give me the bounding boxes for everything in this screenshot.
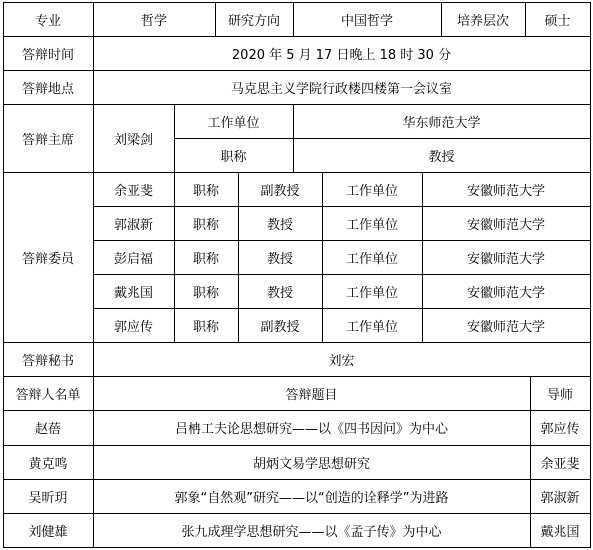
grid-line — [3, 2, 4, 548]
grid-line — [93, 2, 94, 548]
secretary-label: 答辩秘书 — [3, 342, 93, 376]
candidate-topic: 张九成理学思想研究——以《孟子传》为中心 — [93, 513, 530, 547]
member-unit-label: 工作单位 — [322, 240, 422, 274]
grid-line — [3, 104, 591, 105]
candidate-advisor: 郭应传 — [530, 410, 590, 445]
grid-line — [3, 70, 591, 71]
grid-line — [293, 104, 294, 172]
candidate-topic: 胡炳文易学思想研究 — [93, 445, 530, 479]
member-name: 郭应传 — [93, 308, 174, 342]
grid-line — [174, 138, 591, 139]
grid-line — [93, 206, 591, 207]
member-name: 郭淑新 — [93, 206, 174, 240]
candidate-topic: 郭象“自然观”研究——以“创造的诠释学”为进路 — [93, 479, 530, 513]
member-title: 教授 — [238, 206, 322, 240]
grid-line — [238, 172, 239, 342]
grid-line — [3, 547, 591, 548]
direction-label: 研究方向 — [215, 2, 293, 36]
chair-name: 刘梁剑 — [93, 104, 174, 172]
defense-location-value: 马克思主义学院行政楼四楼第一会议室 — [93, 70, 590, 104]
grid-line — [215, 2, 216, 36]
chair-label: 答辩主席 — [3, 104, 93, 172]
candidate-name: 刘健雄 — [3, 513, 93, 547]
chair-unit-label: 工作单位 — [174, 104, 293, 138]
grid-line — [3, 2, 591, 3]
member-title-label: 职称 — [174, 172, 238, 206]
candidate-name: 赵蓓 — [3, 410, 93, 445]
grid-line — [174, 104, 175, 342]
direction-value: 中国哲学 — [293, 2, 441, 36]
grid-line — [3, 445, 591, 446]
grid-line — [3, 376, 591, 377]
defense-time-label: 答辩时间 — [3, 36, 93, 70]
level-value: 硕士 — [525, 2, 590, 36]
grid-line — [3, 513, 591, 514]
grid-line — [525, 2, 526, 36]
member-title: 副教授 — [238, 172, 322, 206]
member-unit-label: 工作单位 — [322, 274, 422, 308]
grid-line — [530, 376, 531, 548]
candidate-name: 吴昕玥 — [3, 479, 93, 513]
member-title: 教授 — [238, 274, 322, 308]
grid-line — [322, 172, 323, 342]
member-title-label: 职称 — [174, 206, 238, 240]
committee-label: 答辩委员 — [3, 172, 93, 342]
member-unit: 安徽师范大学 — [422, 206, 590, 240]
chair-title-label: 职称 — [174, 138, 293, 172]
grid-line — [293, 2, 294, 36]
grid-line — [3, 36, 591, 37]
major-value: 哲学 — [93, 2, 215, 36]
advisor-column-header: 导师 — [530, 376, 590, 410]
member-unit: 安徽师范大学 — [422, 274, 590, 308]
chair-title-value: 教授 — [293, 138, 590, 172]
topic-column-header: 答辩题目 — [93, 376, 530, 410]
candidate-advisor: 余亚斐 — [530, 445, 590, 479]
grid-line — [422, 172, 423, 342]
grid-line — [93, 308, 591, 309]
grid-line — [93, 240, 591, 241]
candidate-column-header: 答辩人名单 — [3, 376, 93, 410]
member-title-label: 职称 — [174, 240, 238, 274]
member-title-label: 职称 — [174, 308, 238, 342]
grid-line — [441, 2, 442, 36]
member-unit: 安徽师范大学 — [422, 308, 590, 342]
secretary-value: 刘宏 — [93, 342, 590, 376]
member-name: 彭启福 — [93, 240, 174, 274]
level-label: 培养层次 — [441, 2, 525, 36]
grid-line — [3, 479, 591, 480]
major-label: 专业 — [3, 2, 93, 36]
chair-unit-value: 华东师范大学 — [293, 104, 590, 138]
member-unit-label: 工作单位 — [322, 308, 422, 342]
member-name: 戴兆国 — [93, 274, 174, 308]
defense-location-label: 答辩地点 — [3, 70, 93, 104]
grid-line — [93, 274, 591, 275]
member-unit-label: 工作单位 — [322, 172, 422, 206]
grid-line — [3, 410, 591, 411]
candidate-advisor: 郭淑新 — [530, 479, 590, 513]
grid-line — [3, 172, 591, 173]
grid-line — [590, 2, 591, 548]
member-unit-label: 工作单位 — [322, 206, 422, 240]
member-unit: 安徽师范大学 — [422, 240, 590, 274]
member-name: 余亚斐 — [93, 172, 174, 206]
member-title: 教授 — [238, 240, 322, 274]
member-title-label: 职称 — [174, 274, 238, 308]
grid-line — [3, 342, 591, 343]
candidate-advisor: 戴兆国 — [530, 513, 590, 547]
member-title: 副教授 — [238, 308, 322, 342]
defense-time-value: 2020 年 5 月 17 日晚上 18 时 30 分 — [93, 36, 590, 70]
member-unit: 安徽师范大学 — [422, 172, 590, 206]
candidate-name: 黄克鸣 — [3, 445, 93, 479]
candidate-topic: 吕柟工夫论思想研究——以《四书因问》为中心 — [93, 410, 530, 445]
